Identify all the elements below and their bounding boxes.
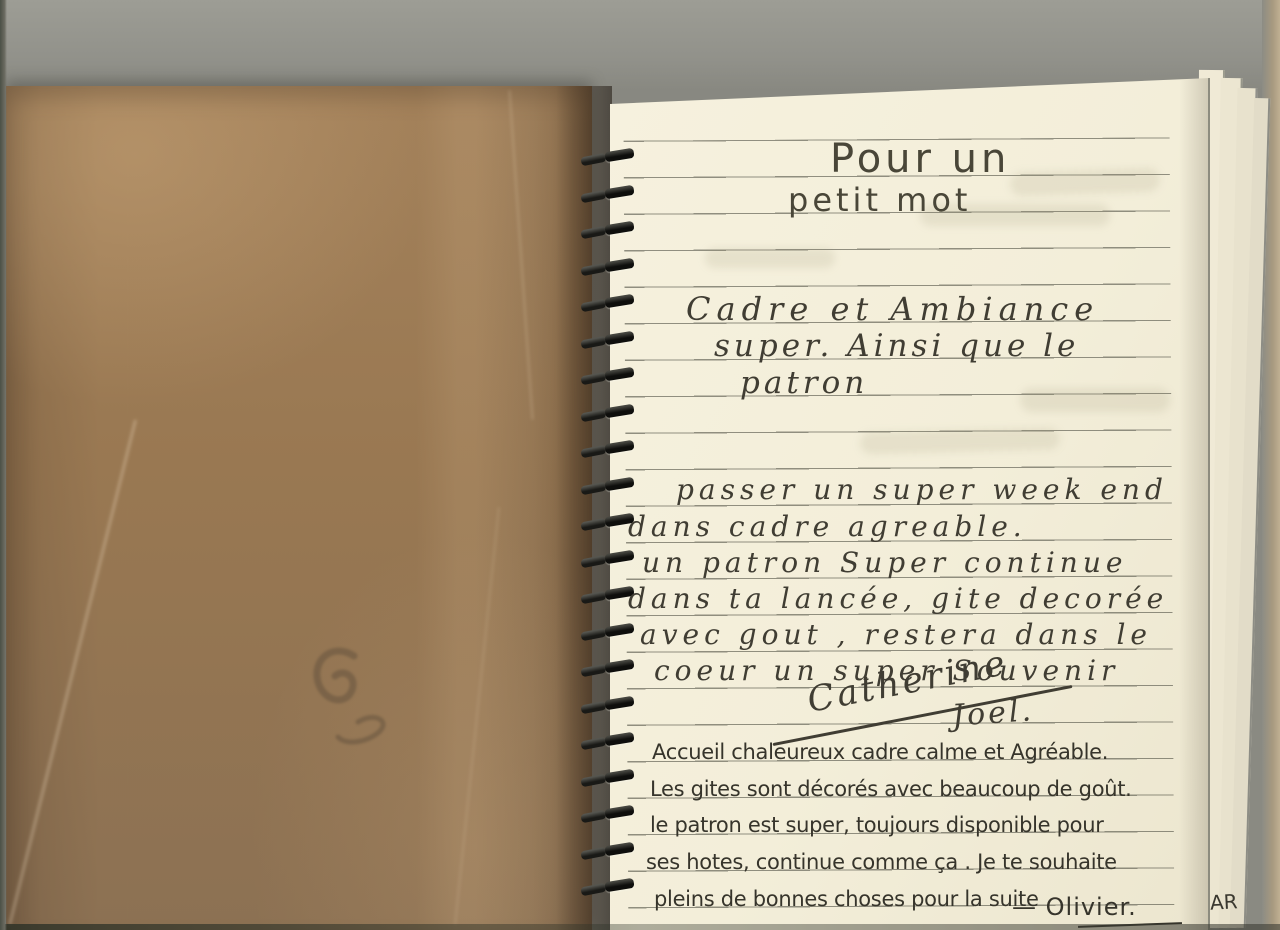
- scanned-guestbook-photo: Pour un petit mot Cadre et Ambiance supe…: [0, 0, 1280, 930]
- spiral-coil: [580, 842, 638, 860]
- ink-smudge-mark: [292, 638, 402, 758]
- spiral-coil: [580, 732, 638, 750]
- spiral-coil: [580, 148, 638, 166]
- spiral-coil: [580, 769, 638, 787]
- spiral-binding: [580, 148, 640, 930]
- bleed-through-smudge: [920, 204, 1110, 226]
- scan-bottom-edge: [0, 924, 1280, 930]
- spiral-coil: [580, 586, 638, 604]
- spiral-coil: [580, 623, 638, 641]
- spiral-coil: [580, 367, 638, 385]
- spiral-coil: [580, 878, 638, 896]
- spiral-coil: [580, 221, 638, 239]
- spiral-coil: [580, 294, 638, 312]
- cover-crease: [508, 90, 533, 419]
- spiral-coil: [580, 440, 638, 458]
- spiral-coil: [580, 331, 638, 349]
- spiral-coil: [580, 550, 638, 568]
- spiral-coil: [580, 513, 638, 531]
- spiral-coil: [580, 805, 638, 823]
- spiral-coil: [580, 258, 638, 276]
- cardboard-cover-page: [6, 86, 592, 930]
- bleed-through-smudge: [705, 248, 835, 268]
- cover-crease: [454, 507, 500, 925]
- spiral-coil: [580, 659, 638, 677]
- spiral-coil: [580, 696, 638, 714]
- bleed-through-smudge: [1020, 388, 1170, 412]
- cover-crease: [8, 420, 137, 925]
- spiral-coil: [580, 477, 638, 495]
- spiral-coil: [580, 404, 638, 422]
- spiral-coil: [580, 185, 638, 203]
- notebook-page: [610, 62, 1210, 930]
- scan-left-edge: [0, 0, 7, 930]
